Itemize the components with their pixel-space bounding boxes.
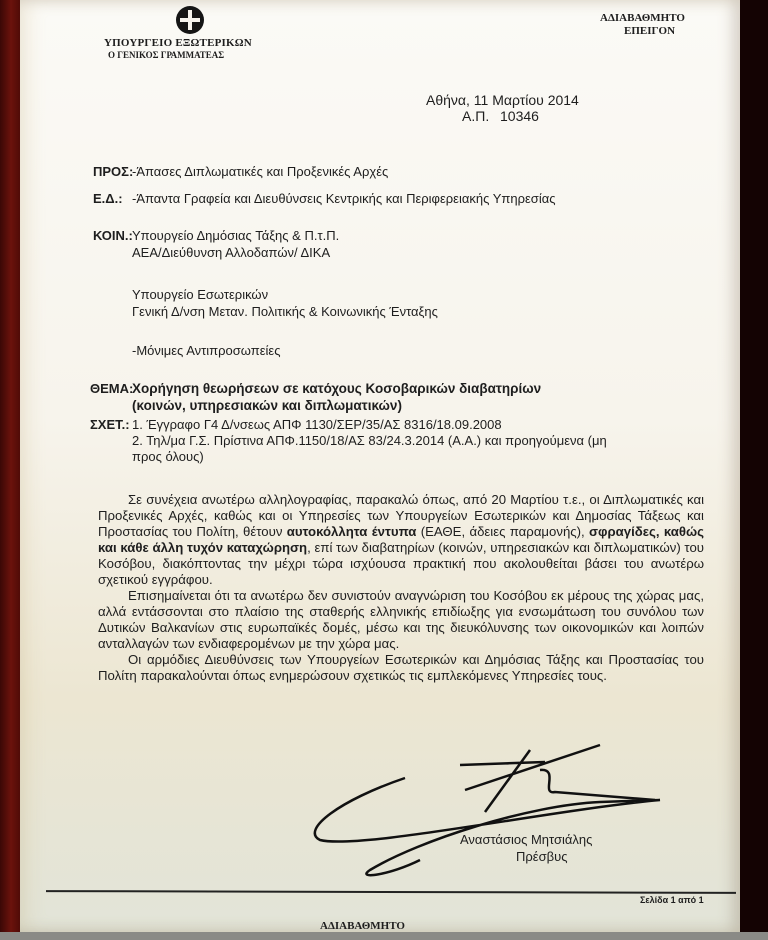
classification-label: ΑΔΙΑΒΑΘΜΗΤΟ: [600, 12, 685, 24]
body-paragraph: Σε συνέχεια ανωτέρω αλληλογραφίας, παρακ…: [98, 492, 704, 588]
ed-recipients: -Άπαντα Γραφεία και Διευθύνσεις Κεντρική…: [132, 191, 556, 206]
ed-label: Ε.Δ.:: [93, 191, 123, 206]
subject-line: (κοινών, υπηρεσιακών και διπλωματικών): [132, 398, 402, 413]
cc-item: ΑΕΑ/Διεύθυνση Αλλοδαπών/ ΔΙΚΑ: [132, 245, 330, 260]
subject-label: ΘΕΜΑ:: [90, 381, 133, 396]
references-label: ΣΧΕΤ.:: [90, 417, 130, 432]
ministry-name: ΥΠΟΥΡΓΕΙΟ ΕΞΩΤΕΡΙΚΩΝ: [104, 37, 252, 49]
footer-classification: ΑΔΙΑΒΑΘΜΗΤΟ: [320, 920, 405, 932]
urgency-label: ΕΠΕΙΓΟΝ: [624, 25, 675, 37]
greek-coat-of-arms-icon: [176, 6, 204, 34]
signatory-title: Πρέσβυς: [516, 849, 567, 864]
signatory-name: Αναστάσιος Μητσιάλης: [460, 832, 592, 847]
page-number: Σελίδα 1 από 1: [640, 895, 704, 905]
handwritten-signature: [300, 740, 720, 900]
background-right: [738, 0, 768, 940]
to-label: ΠΡΟΣ:: [93, 164, 133, 179]
cc-item: Υπουργείο Εσωτερικών: [132, 287, 268, 302]
reference-item: προς όλους): [132, 449, 204, 464]
cc-label: ΚΟΙΝ.:: [93, 228, 133, 243]
cc-item: -Μόνιμες Αντιπροσωπείες: [132, 343, 280, 358]
letter-body: Σε συνέχεια ανωτέρω αλληλογραφίας, παρακ…: [98, 492, 704, 684]
protocol-number: 10346: [500, 108, 539, 124]
bottom-border: [0, 932, 768, 940]
background-left: [0, 0, 22, 940]
cc-item: Υπουργείο Δημόσιας Τάξης & Π.τ.Π.: [132, 228, 339, 243]
cc-item: Γενική Δ/νση Μεταν. Πολιτικής & Κοινωνικ…: [132, 304, 438, 319]
protocol-label: Α.Π.: [462, 108, 489, 124]
office-name: Ο ΓΕΝΙΚΟΣ ΓΡΑΜΜΑΤΕΑΣ: [108, 50, 224, 60]
body-paragraph: Οι αρμόδιες Διευθύνσεις των Υπουργείων Ε…: [98, 652, 704, 684]
document-date: Αθήνα, 11 Μαρτίου 2014: [426, 92, 579, 108]
to-recipients: -Άπασες Διπλωματικές και Προξενικές Αρχέ…: [132, 164, 388, 179]
reference-item: 1. Έγγραφο Γ4 Δ/νσεως ΑΠΦ 1130/ΣΕΡ/35/ΑΣ…: [132, 417, 502, 432]
reference-item: 2. Τηλ/μα Γ.Σ. Πρίστινα ΑΠΦ.1150/18/ΑΣ 8…: [132, 433, 607, 448]
body-paragraph: Επισημαίνεται ότι τα ανωτέρω δεν συνιστο…: [98, 588, 704, 652]
subject-line: Χορήγηση θεωρήσεων σε κατόχους Κοσοβαρικ…: [132, 381, 541, 396]
